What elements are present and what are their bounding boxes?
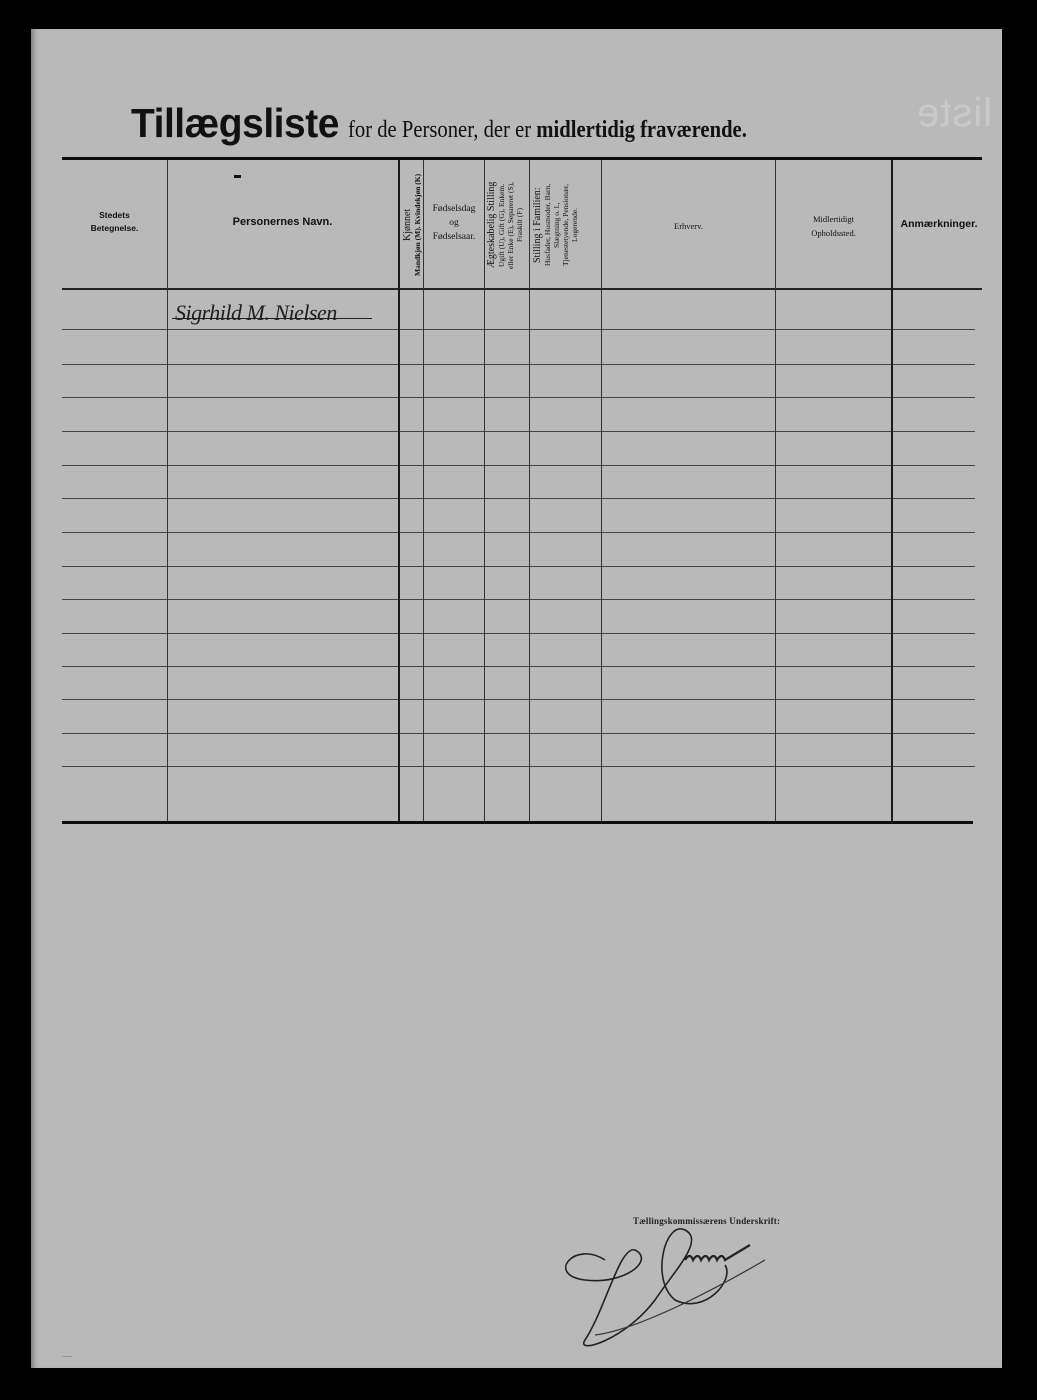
header-stilling-i-familien: Stilling i Familien: Husfader, Husmoder,… bbox=[532, 163, 598, 287]
col-divider bbox=[775, 160, 776, 821]
row-line bbox=[62, 329, 975, 330]
row-line bbox=[62, 498, 975, 499]
strikethrough-line bbox=[172, 318, 372, 319]
header-erhverv: Erhverv. bbox=[602, 221, 775, 231]
row-line bbox=[62, 699, 975, 700]
reverse-showthrough-text: liste bbox=[916, 91, 992, 136]
form-title-main: Tillægsliste bbox=[131, 100, 339, 147]
table-top-rule bbox=[62, 157, 982, 160]
row-line bbox=[62, 566, 975, 567]
col-divider bbox=[398, 160, 400, 821]
signature-icon bbox=[565, 1220, 805, 1360]
row-line bbox=[62, 633, 975, 634]
handwritten-name-entry: Sigrhild M. Nielsen bbox=[175, 300, 337, 326]
header-fodselsdag: Fødselsdag og Fødselsaar. bbox=[424, 202, 484, 244]
form-title-subtitle: for de Personer, der er midlertidig frav… bbox=[348, 117, 747, 144]
row-line bbox=[62, 364, 975, 365]
header-personernes-navn: Personernes Navn. bbox=[167, 216, 398, 228]
form-title: Tillægsliste for de Personer, der er mid… bbox=[131, 100, 812, 147]
row-line bbox=[62, 532, 975, 533]
row-line bbox=[62, 599, 975, 600]
col-divider bbox=[601, 160, 602, 821]
col-divider bbox=[529, 160, 530, 821]
row-line bbox=[62, 431, 975, 432]
table-bottom-rule bbox=[62, 821, 973, 824]
row-line bbox=[62, 666, 975, 667]
printer-mark: ...... bbox=[62, 1353, 72, 1359]
row-line bbox=[62, 766, 975, 767]
header-aegteskabelig-stilling: Ægteskabelig Stilling Ugift (U), Gift (G… bbox=[486, 163, 528, 287]
col-divider bbox=[891, 160, 893, 821]
col-divider bbox=[167, 160, 168, 821]
header-stedets: Stedets Betegnelse. bbox=[62, 209, 167, 235]
col-divider bbox=[484, 160, 485, 821]
row-line bbox=[62, 733, 975, 734]
header-anmaerkninger: Anmærkninger. bbox=[893, 218, 985, 230]
row-line bbox=[62, 465, 975, 466]
printed-dash-mark bbox=[234, 175, 241, 178]
header-midlertidigt-opholdssted: Midlertidigt Opholdssted. bbox=[776, 212, 891, 240]
census-table: Stedets Betegnelse. Personernes Navn. Kj… bbox=[62, 157, 982, 824]
header-kjonnet: Kjønnet Mandkjøn (M). Kvindekjøn (K) bbox=[402, 165, 422, 285]
row-line bbox=[62, 397, 975, 398]
col-divider bbox=[423, 160, 424, 821]
header-bottom-rule bbox=[62, 288, 982, 290]
